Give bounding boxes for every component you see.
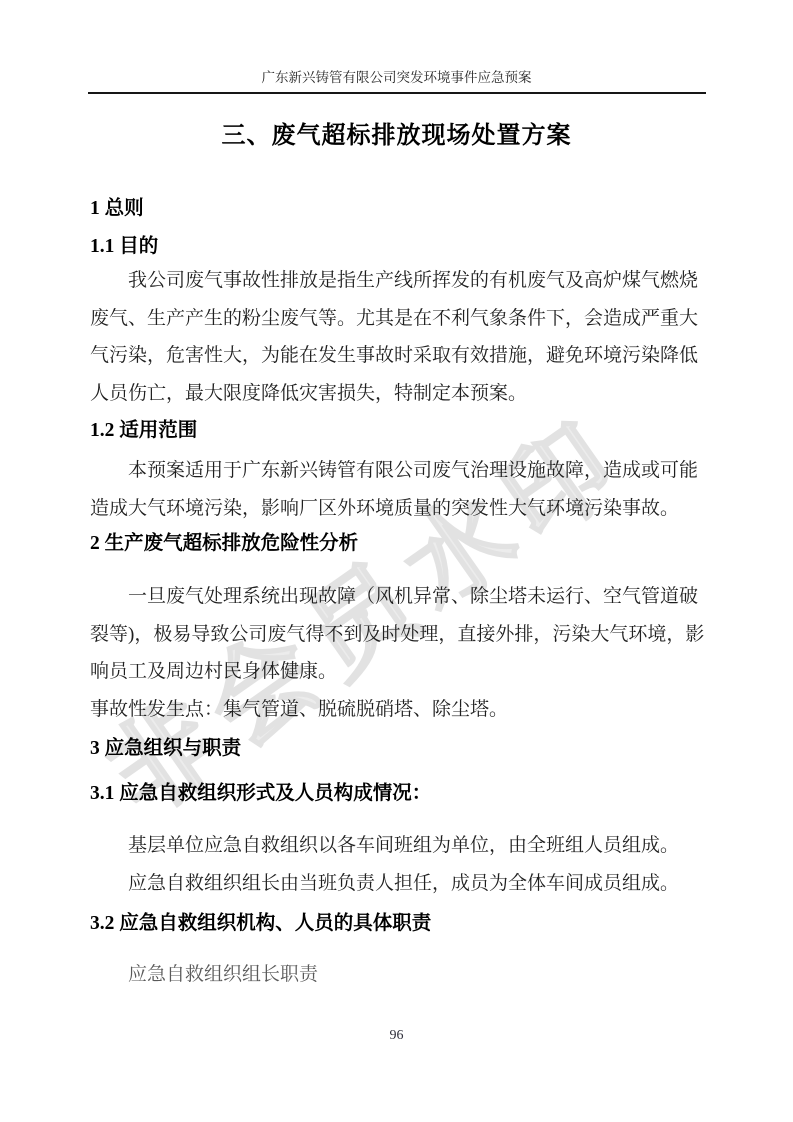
paragraph-scope: 本预案适用于广东新兴铸管有限公司废气治理设施故障，造成或可能造成大气环境污染，影… [90,452,706,527]
section-heading-risk-analysis: 2 生产废气超标排放危险性分析 [90,531,706,557]
paragraph-org-unit: 基层单位应急自救组织以各车间班组为单位，由全班组人员组成。 [90,827,706,865]
paragraph-purpose: 我公司废气事故性排放是指生产线所挥发的有机废气及高炉煤气燃烧废气、生产产生的粉尘… [90,262,706,412]
section-heading-scope: 1.2 适用范围 [90,418,706,444]
section-heading-purpose: 1.1 目的 [90,234,706,260]
page-header-title: 广东新兴铸管有限公司突发环境事件应急预案 [0,66,793,86]
paragraph-risk-analysis: 一旦废气处理系统出现故障（风机异常、除尘塔未运行、空气管道破裂等)，极易导致公司… [90,578,706,691]
paragraph-org-leader: 应急自救组织组长由当班负责人担任，成员为全体车间成员组成。 [90,865,706,903]
section-heading-org-form: 3.1 应急自救组织形式及人员构成情况： [90,781,706,807]
document-title: 三、废气超标排放现场处置方案 [0,115,793,150]
document-body: 1 总则 1.1 目的 我公司废气事故性排放是指生产线所挥发的有机废气及高炉煤气… [90,196,706,994]
section-heading-general: 1 总则 [90,196,706,222]
paragraph-leader-duties: 应急自救组织组长职责 [90,956,706,994]
document-page: 非会员水印 广东新兴铸管有限公司突发环境事件应急预案 三、废气超标排放现场处置方… [0,0,793,1122]
section-heading-org-duties: 3.2 应急自救组织机构、人员的具体职责 [90,911,706,937]
paragraph-accident-points: 事故性发生点：集气管道、脱硫脱硝塔、除尘塔。 [90,691,706,729]
page-number: 96 [0,1028,793,1044]
section-heading-organization: 3 应急组织与职责 [90,736,706,762]
header-divider [88,92,706,94]
